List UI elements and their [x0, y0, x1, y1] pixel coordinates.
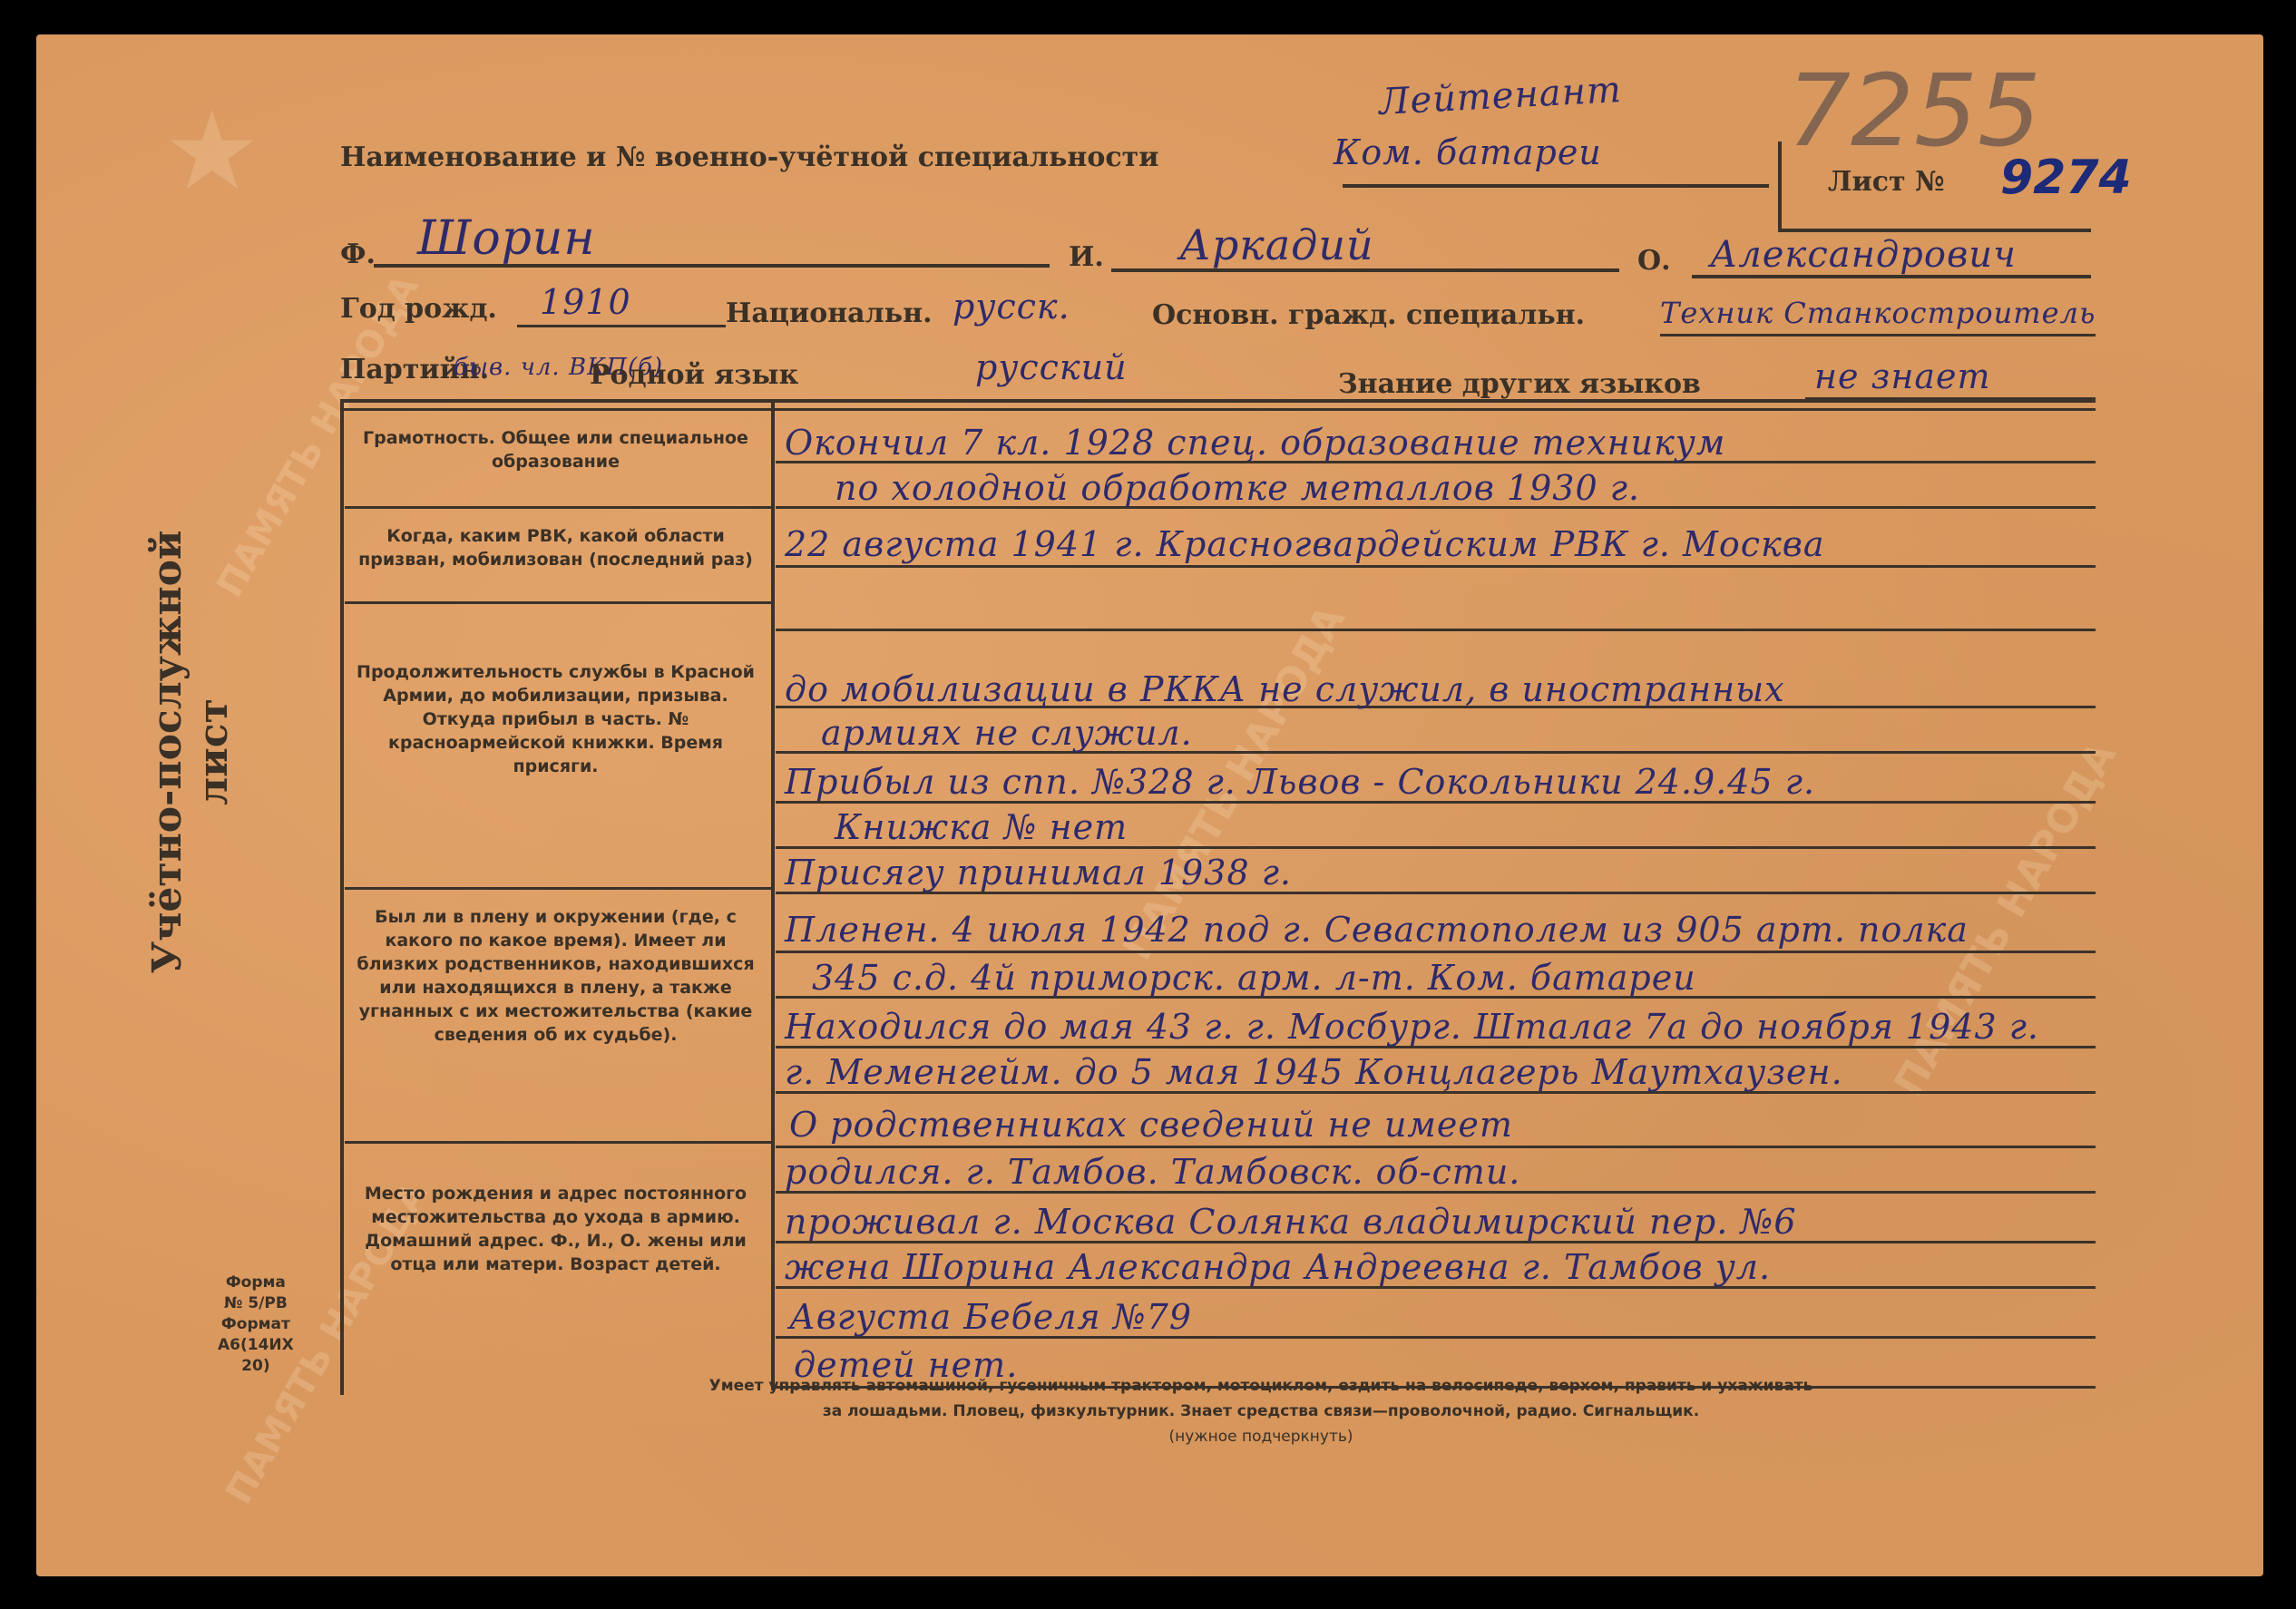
address-line: родился. г. Тамбов. Тамбовск. об-сти.	[785, 1152, 1520, 1192]
footer-note: (нужное подчеркнуть)	[372, 1428, 2150, 1446]
service-line: армиях не служил.	[821, 713, 1193, 753]
sheet-number: 9274	[2000, 151, 2132, 205]
nationality-label: Национальн.	[726, 297, 933, 329]
service-line: Прибыл из спп. №328 г. Львов - Сокольник…	[785, 762, 1815, 802]
native-language-label: Родной язык	[590, 359, 798, 391]
section-label-captivity: Был ли в плену и окружении (где, с каког…	[354, 905, 757, 1047]
specialty-label: Наименование и № военно-учётной специаль…	[340, 141, 1159, 173]
personnel-record-card: ★ ПАМЯТЬ НАРОДА ПАМЯТЬ НАРОДА ПАМЯТЬ НАР…	[36, 34, 2263, 1576]
native-language-value: русский	[975, 347, 1128, 387]
captivity-line: г. Меменгейм. до 5 мая 1945 Концлагерь М…	[785, 1052, 1843, 1092]
other-languages-label: Знание других языков	[1338, 368, 1701, 400]
address-line: жена Шорина Александра Андреевна г. Тамб…	[785, 1247, 1771, 1287]
service-line: Присягу принимал 1938 г.	[785, 853, 1292, 892]
patronymic-label: О.	[1637, 245, 1671, 277]
service-line: до мобилизации в РККА не служил, в иност…	[785, 669, 1785, 709]
section-label-mobilization: Когда, каким РВК, какой области призван,…	[354, 524, 757, 571]
rank-handwritten: Лейтенант	[1378, 69, 1623, 123]
section-label-education: Грамотность. Общее или специальное образ…	[354, 426, 757, 473]
birth-year-label: Год рожд.	[340, 293, 497, 325]
sheet-label: Лист №	[1828, 166, 1945, 198]
watermark-star-icon: ★	[163, 89, 261, 215]
surname-label: Ф.	[340, 239, 376, 270]
service-line: Книжка № нет	[835, 807, 1128, 847]
address-line: Августа Бебеля №79	[789, 1297, 1192, 1337]
captivity-line: Пленен. 4 июля 1942 под г. Севастополем …	[785, 910, 1969, 950]
form-info: Форма № 5/РВ Формат А6(14ИХ 20)	[218, 1273, 294, 1377]
footer-skills-line2: за лошадьми. Пловец, физкультурник. Знае…	[372, 1402, 2150, 1420]
first-name-value: Аркадий	[1179, 220, 1374, 269]
section-label-service: Продолжительность службы в Красной Армии…	[354, 660, 757, 778]
surname-value: Шорин	[417, 211, 596, 266]
education-line: по холодной обработке металлов 1930 г.	[835, 468, 1640, 508]
captivity-line: 345 с.д. 4й приморск. арм. л-т. Ком. бат…	[812, 958, 1696, 998]
captivity-line: Находился до мая 43 г. г. Мосбург. Штала…	[785, 1007, 2039, 1047]
vertical-title: Учётно-послужной лист	[144, 498, 237, 1006]
first-name-label: И.	[1069, 241, 1104, 273]
footer-skills-line1: Умеет управлять автомашиной, гусеничным …	[372, 1377, 2150, 1395]
specialty-value: Ком. батареи	[1334, 132, 1602, 172]
nationality-value: русск.	[953, 287, 1070, 327]
mobilization-line: 22 августа 1941 г. Красногвардейским РВК…	[785, 524, 1825, 564]
other-languages-value: не знает	[1814, 356, 1991, 396]
captivity-line: О родственниках сведений не имеет	[789, 1105, 1513, 1145]
patronymic-value: Александрович	[1710, 234, 2017, 276]
section-label-address: Место рождения и адрес постоянного место…	[354, 1182, 757, 1276]
civil-specialty-label: Основн. гражд. специальн.	[1152, 299, 1585, 331]
civil-specialty-value: Техник Станкостроитель	[1660, 296, 2096, 330]
birth-year-value: 1910	[540, 282, 631, 322]
education-line: Окончил 7 кл. 1928 спец. образование тех…	[785, 423, 1725, 463]
address-line: проживал г. Москва Солянка владимирский …	[785, 1202, 1797, 1242]
